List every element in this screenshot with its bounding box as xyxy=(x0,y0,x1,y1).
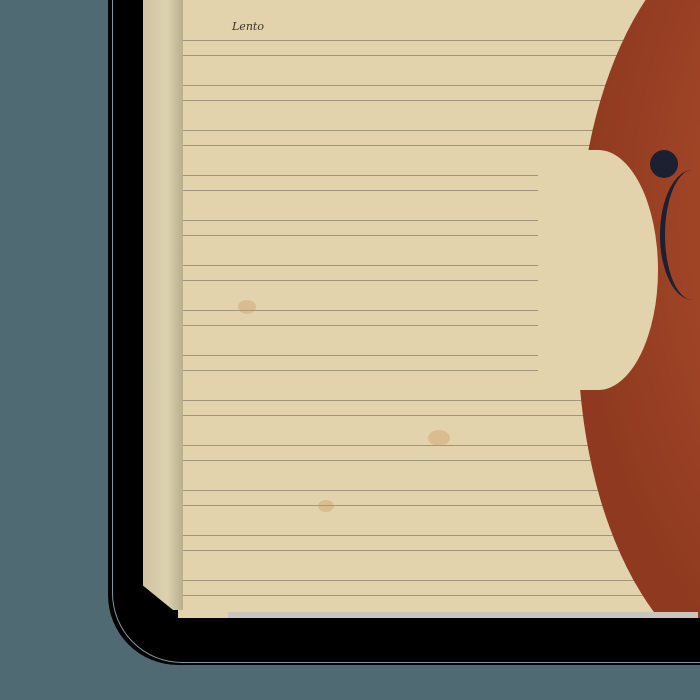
f-hole-icon xyxy=(650,150,678,178)
age-spot xyxy=(428,430,450,446)
canvas-side-edge xyxy=(143,0,183,610)
age-spot xyxy=(238,300,256,314)
music-staff xyxy=(178,580,700,596)
sheet-music-overlap xyxy=(538,150,658,390)
canvas-face xyxy=(178,0,700,618)
canvas-bottom-edge xyxy=(228,612,698,618)
handwritten-text: Lento xyxy=(232,20,264,33)
age-spot xyxy=(318,500,334,512)
